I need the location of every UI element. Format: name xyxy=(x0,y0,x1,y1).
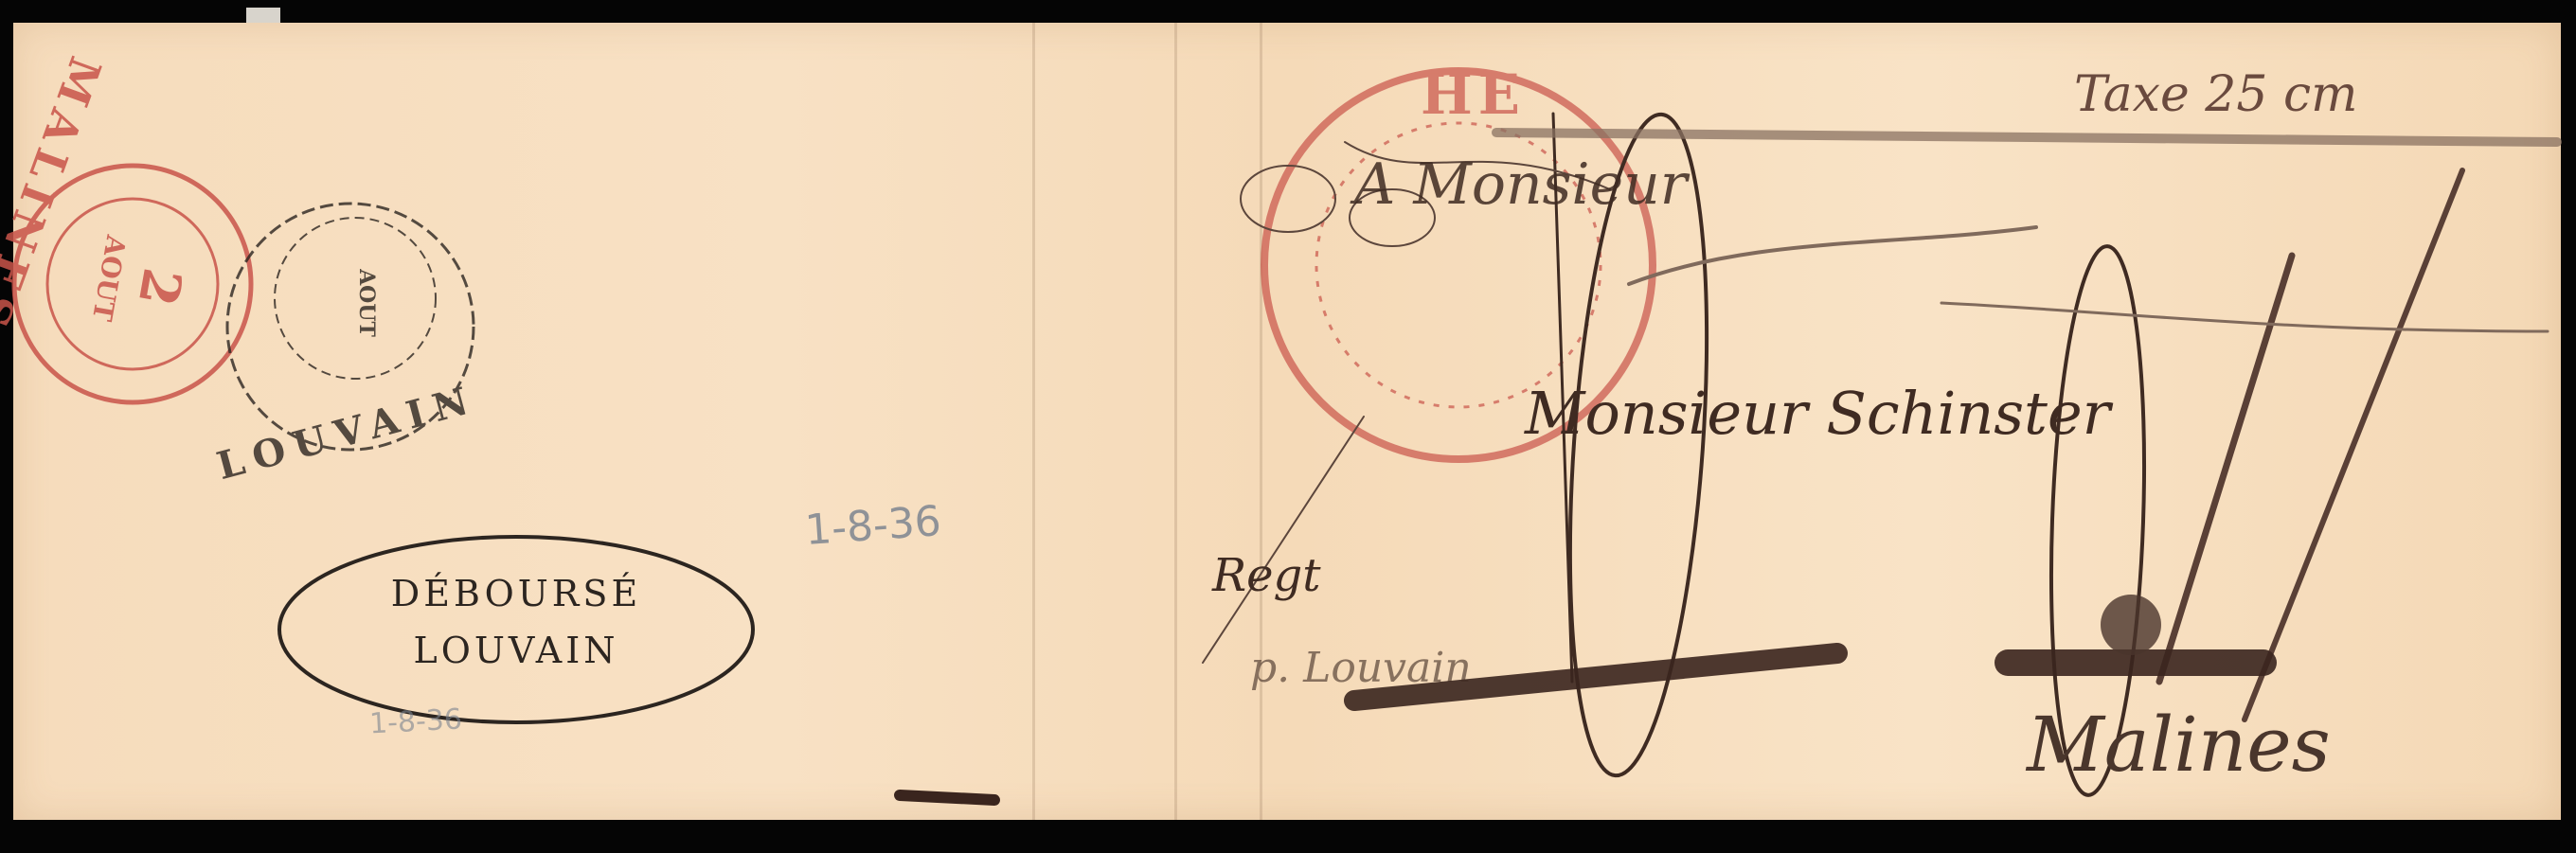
address-line2: Monsieur Schinster xyxy=(1525,379,2110,448)
red-partial-text: HE xyxy=(1421,62,1526,127)
registered-notation: Regt xyxy=(1212,549,1321,602)
pencil-date-note: 1-8-36 xyxy=(803,497,942,555)
malines-day: 2 xyxy=(126,263,194,311)
malines-month: AOUT xyxy=(86,232,133,324)
louvain-town: LOUVAIN xyxy=(212,377,482,489)
svg-text:HE: HE xyxy=(1421,62,1526,127)
pencil-date-note-lower: 1-8-36 xyxy=(368,702,463,740)
svg-text:2: 2 xyxy=(126,263,194,311)
svg-text:AOUT: AOUT xyxy=(86,232,133,324)
manuscript-strokes xyxy=(900,110,2557,800)
svg-text:LOUVAIN: LOUVAIN xyxy=(212,377,482,489)
louvain-month: AOUT xyxy=(354,268,379,337)
svg-text:AOUT: AOUT xyxy=(354,268,379,337)
struck-routing: p. Louvain xyxy=(1250,644,1472,692)
address-line1: A Monsieur xyxy=(1354,151,1687,218)
louvain-postmark: AOUT LOUVAIN xyxy=(212,204,482,489)
address-line3: Malines xyxy=(2027,701,2331,789)
debourse-line1: DÉBOURSÉ xyxy=(317,573,715,614)
rate-notation: Taxe 25 cm xyxy=(2074,66,2357,123)
malines-postmark: 1836 2 AOUT MALINES xyxy=(0,50,251,402)
debourse-line2: LOUVAIN xyxy=(317,630,715,671)
